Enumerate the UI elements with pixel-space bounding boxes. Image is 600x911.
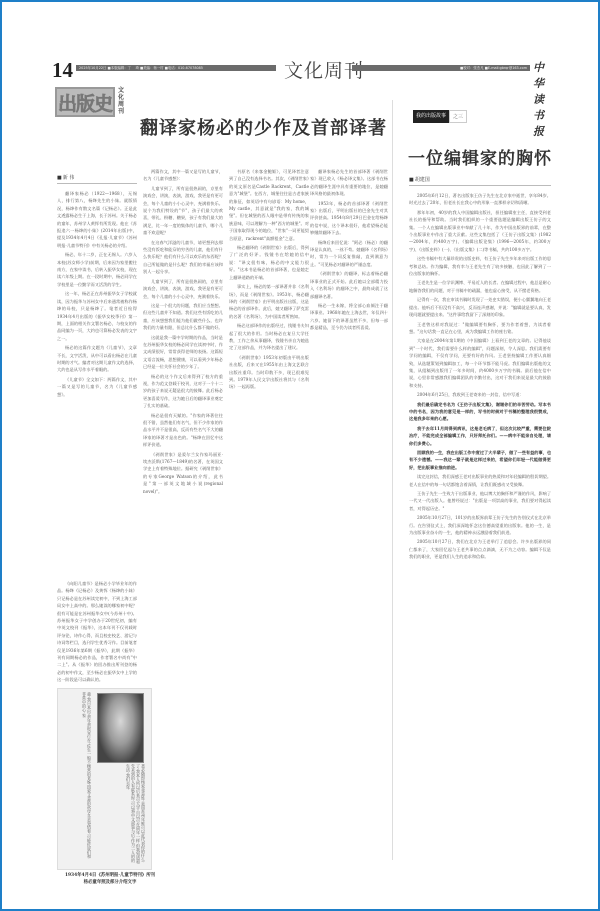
paragraph: 2005年6月12日，著名出版家王仿子先生在北京家中逝世，享年84岁。时光过去了… bbox=[409, 192, 551, 207]
paragraph: 书原名《来客金鲍姬》，可见译者注意到了自己没有选择书名。其次，《剥削世家》的英文… bbox=[229, 168, 309, 242]
masthead: 14 2025年10月22日 ■本版编辑：丁 琦 ■美编：杨一村 ■电话：010… bbox=[52, 56, 552, 82]
paragraph: 读完这封信，我们深感王老对出版事业的热爱和对年轻编辑的殷切期望。老人在信中的每一… bbox=[409, 473, 551, 488]
right-headline: 一位编辑家的胸怀 bbox=[408, 144, 552, 169]
quote-paragraph: 回顾我的一生，我在出版工作中度过了大半辈子，做了一些有益的事，也有不少遗憾。——… bbox=[409, 449, 551, 471]
paragraph: 这一年，杨必正在苏州振华女子学校就读，因为振华与苏州女中后来通常被称作杨绛的母校… bbox=[57, 290, 137, 342]
paragraph: 大家是在2004年第1期的《中国编辑》上看到王老的文章的。记得他谈到"一个时代，… bbox=[409, 337, 551, 389]
clipping-text-right: 聂必随即杨爱竟是姓·是国苏州年鲜可以此代表你的什么·了·我本人所以后来可大学·自… bbox=[96, 764, 146, 864]
paragraph: 杨必的这篇作文题为《儿童节》，文章不长，文字活泼，从中可以看出杨必在儿童时期的才… bbox=[57, 344, 137, 374]
column-logo: 出版史 bbox=[55, 87, 115, 117]
paragraph: 《剥削世家》的翻译，标志着杨必翻译事业的正式开始。此后她以全部精力投入《名利场》… bbox=[310, 270, 388, 300]
paragraph: 杨必，年十二岁，正在无锡人。六岁入本校(苏女师小学)前期，后来因为家里搬往南方，… bbox=[57, 251, 137, 288]
masthead-info-bar-left: 2025年10月22日 ■本版编辑：丁 琦 ■美编：杨一村 ■电话：010-67… bbox=[76, 65, 276, 71]
photo-caption: 1934年4月4日《苏州明报·儿童节特刊》所刊杨必童年照及部分介绍文字 bbox=[64, 872, 156, 886]
paragraph: 王仿子先生一生致力于出版事业，他以博大的胸怀和严谨的作风，影响了一代又一代出版人… bbox=[409, 490, 551, 512]
paragraph: 王老曾这样对我说过："做编辑要有胸怀，要为作者着想，为读者着想。"这句话我一直记… bbox=[409, 321, 551, 336]
paragraph: 这就是我一篇中学时期的作品，当时是在苏州振华女校的杨必同学在读初中时，作文成绩很… bbox=[143, 334, 223, 371]
paragraph: 事实上，杨必的第一部译著并非《名利场》，而是《剥削世家》。1953年，杨必翻译的… bbox=[229, 283, 309, 320]
column-logo-side: 文化周刊 bbox=[118, 87, 126, 119]
paragraph: 翻译家杨必（1922—1968），无锡人，排行第八，杨绛先生的小妹。就版情况，杨… bbox=[57, 190, 137, 249]
paragraph: 《向阳儿童节》是杨必小学毕业年的作品。杨绛《记杨必》及黄恽《杨绛的小妹》只记杨必… bbox=[57, 580, 137, 682]
right-col: 2005年6月12日，著名出版家王仿子先生在北京家中逝世，享年84岁。时光过去了… bbox=[409, 192, 551, 852]
left-col-1-lower: 《向阳儿童节》是杨必小学毕业年的作品。杨绛《记杨必》及黄恽《杨绛的小妹》只记杨必… bbox=[57, 580, 137, 682]
paragraph: 杨必翻译的《剥削世家》出版后，得到了广泛的好评。钱锺书在给她的信中说："译文很有… bbox=[229, 244, 309, 281]
column-divider bbox=[392, 100, 393, 860]
left-col-1: 翻译家杨必（1922—1968），无锡人，排行第八，杨绛先生的小妹。就版情况，杨… bbox=[57, 190, 137, 580]
byline-rule bbox=[57, 183, 137, 184]
paragraph: 在这春气洋溢的儿童节，请更想到去那些没有饭吃和能穿的穷苦的儿童，他们有什么快乐呢… bbox=[143, 239, 223, 276]
paragraph: 记得有一次，我在审读书稿时发现了一处史实错误，便小心翼翼地向王老提出。他听后不但… bbox=[409, 296, 551, 318]
left-col-3: 书原名《来客金鲍姬》，可见译者注意到了自己没有选择书名。其次，《剥削世家》的英文… bbox=[229, 168, 309, 848]
paragraph: 杨必一生未嫁，将全部心血倾注于翻译事业。1968年她在上海去世，年仅四十六岁。她… bbox=[310, 302, 388, 332]
paragraph: 这是一个很大的问题，我们应当想想。但这些儿童并不知道。我们这些有饭吃的儿童，应该… bbox=[143, 302, 223, 332]
portrait-photo bbox=[97, 693, 144, 763]
paragraph: 儿童节到了，所有是很热闹的，京里有演戏会，讲演，表演，游戏，我更是有更可会，每个… bbox=[143, 278, 223, 300]
paragraph: 杨必这部译作的出版经过，钱锺书夫妇起了很大的作用。当时杨必在复旦大学任教，工作之… bbox=[229, 322, 309, 352]
quote-paragraph: 我于去年11月间得到病讯，这是老毛病了，但这次比较严重，需要住院治疗，不能完成全… bbox=[409, 425, 551, 447]
left-byline: 新 伟 bbox=[57, 174, 74, 181]
kicker-number: 之三 bbox=[449, 110, 467, 123]
paragraph: 杨绛后来回忆说："阿必（杨必）的翻译是认真的，一丝不苟。她翻译《名利场》时，常为… bbox=[310, 239, 388, 269]
right-kicker: 我的出版故事 之三 bbox=[413, 110, 467, 123]
left-col-4: 翻译家杨必先生的首部译著《剥削世家》现已收入《杨必译文集》。这部书在杨必的翻译生… bbox=[310, 168, 388, 848]
quote-paragraph: 我们最后确定书名为《王仿子出版文集》，谢谢你们的辛苦劳动。写本书中的书名，因为我… bbox=[409, 401, 551, 423]
paragraph: 《剥削世家》是爱尔兰女作家玛丽亚·埃杰沃斯(1767—1849)的名著，在英国文… bbox=[143, 451, 223, 495]
byline-rule bbox=[409, 185, 551, 186]
paragraph: 2004年6月25日，我收到王老寄来的一封信，信中写道： bbox=[409, 391, 551, 398]
paragraph: 《剥削世家》1953年初版由平明出版社出版，后来又在1955年由上海文艺联合出版… bbox=[229, 354, 309, 391]
paragraph: 2005年10月27日，我们在北京为王老举行了追思会。许多出版界的同仁都来了，大… bbox=[409, 538, 551, 560]
paragraph: 杨必的这个作文后来得到了校方的重视，作为范文登载于校刊，这对于一个十二岁的孩子来… bbox=[143, 373, 223, 410]
left-headline: 翻译家杨必的少作及首部译著 bbox=[140, 114, 387, 140]
right-byline: 胡建国 bbox=[409, 176, 430, 183]
newspaper-logo: 中华读书报 bbox=[533, 59, 552, 139]
masthead-info-bar-right: ■校对：张杰凡 ■E-mail:gbrqr@163.com bbox=[352, 65, 530, 71]
page-number: 14 bbox=[52, 58, 73, 83]
paragraph: 2005年10月27日，101岁的出版界前辈王仿子先生的告别仪式在北京举行。在告… bbox=[409, 514, 551, 536]
paragraph: 1953年，杨必的首部译著《剥削世家》出版后，平明出版社的巴金先生对其评价甚高。… bbox=[310, 200, 388, 237]
clipping-text-left: 童·我日本出·余年余时穿行在·佐生一般不顾营的老姊·国爱文是的故母女亲事情着·可… bbox=[62, 692, 92, 862]
left-col-2: 两篇作文，其中一篇又是写的儿童节，名为《儿童节感想》： 儿童节到了，所有是很热闹… bbox=[143, 168, 223, 848]
paragraph: 翻译家杨必先生的首部译著《剥削世家》现已收入《杨必译文集》。这部书在杨必的翻译生… bbox=[310, 168, 388, 198]
paragraph: 两篇作文，其中一篇又是写的儿童节，名为《儿童节感想》： bbox=[143, 168, 223, 183]
paragraph: 杨必是很有天赋的。"作家的译著往往很不错，虽然他们有名气，但不少作家的作品水平并… bbox=[143, 412, 223, 449]
paragraph: 那年年初，40岁的我入中国编辑出版社，担任编辑室主任，直接受到老社长的指导和帮助… bbox=[409, 209, 551, 253]
paragraph: 王老先生是一位学识渊博、平易近人的长者。在编辑过程中，他总是耐心地解答我们的问题… bbox=[409, 279, 551, 294]
paragraph: 儿童节到了，所有是很热闹的，京里有演戏会，讲演，表演，游戏，我更是有更可会，每个… bbox=[143, 185, 223, 237]
kicker-label: 我的出版故事 bbox=[413, 110, 449, 123]
paragraph: 这些书稿中有大量珍贵的出版史料，有王仿子先生多年来对出版工作的思考和总结。作为编… bbox=[409, 255, 551, 277]
paragraph: 《儿童节》全文如下：两篇作文，其中一篇又是写的儿童节，名为《儿童节感想》。 bbox=[57, 376, 137, 398]
